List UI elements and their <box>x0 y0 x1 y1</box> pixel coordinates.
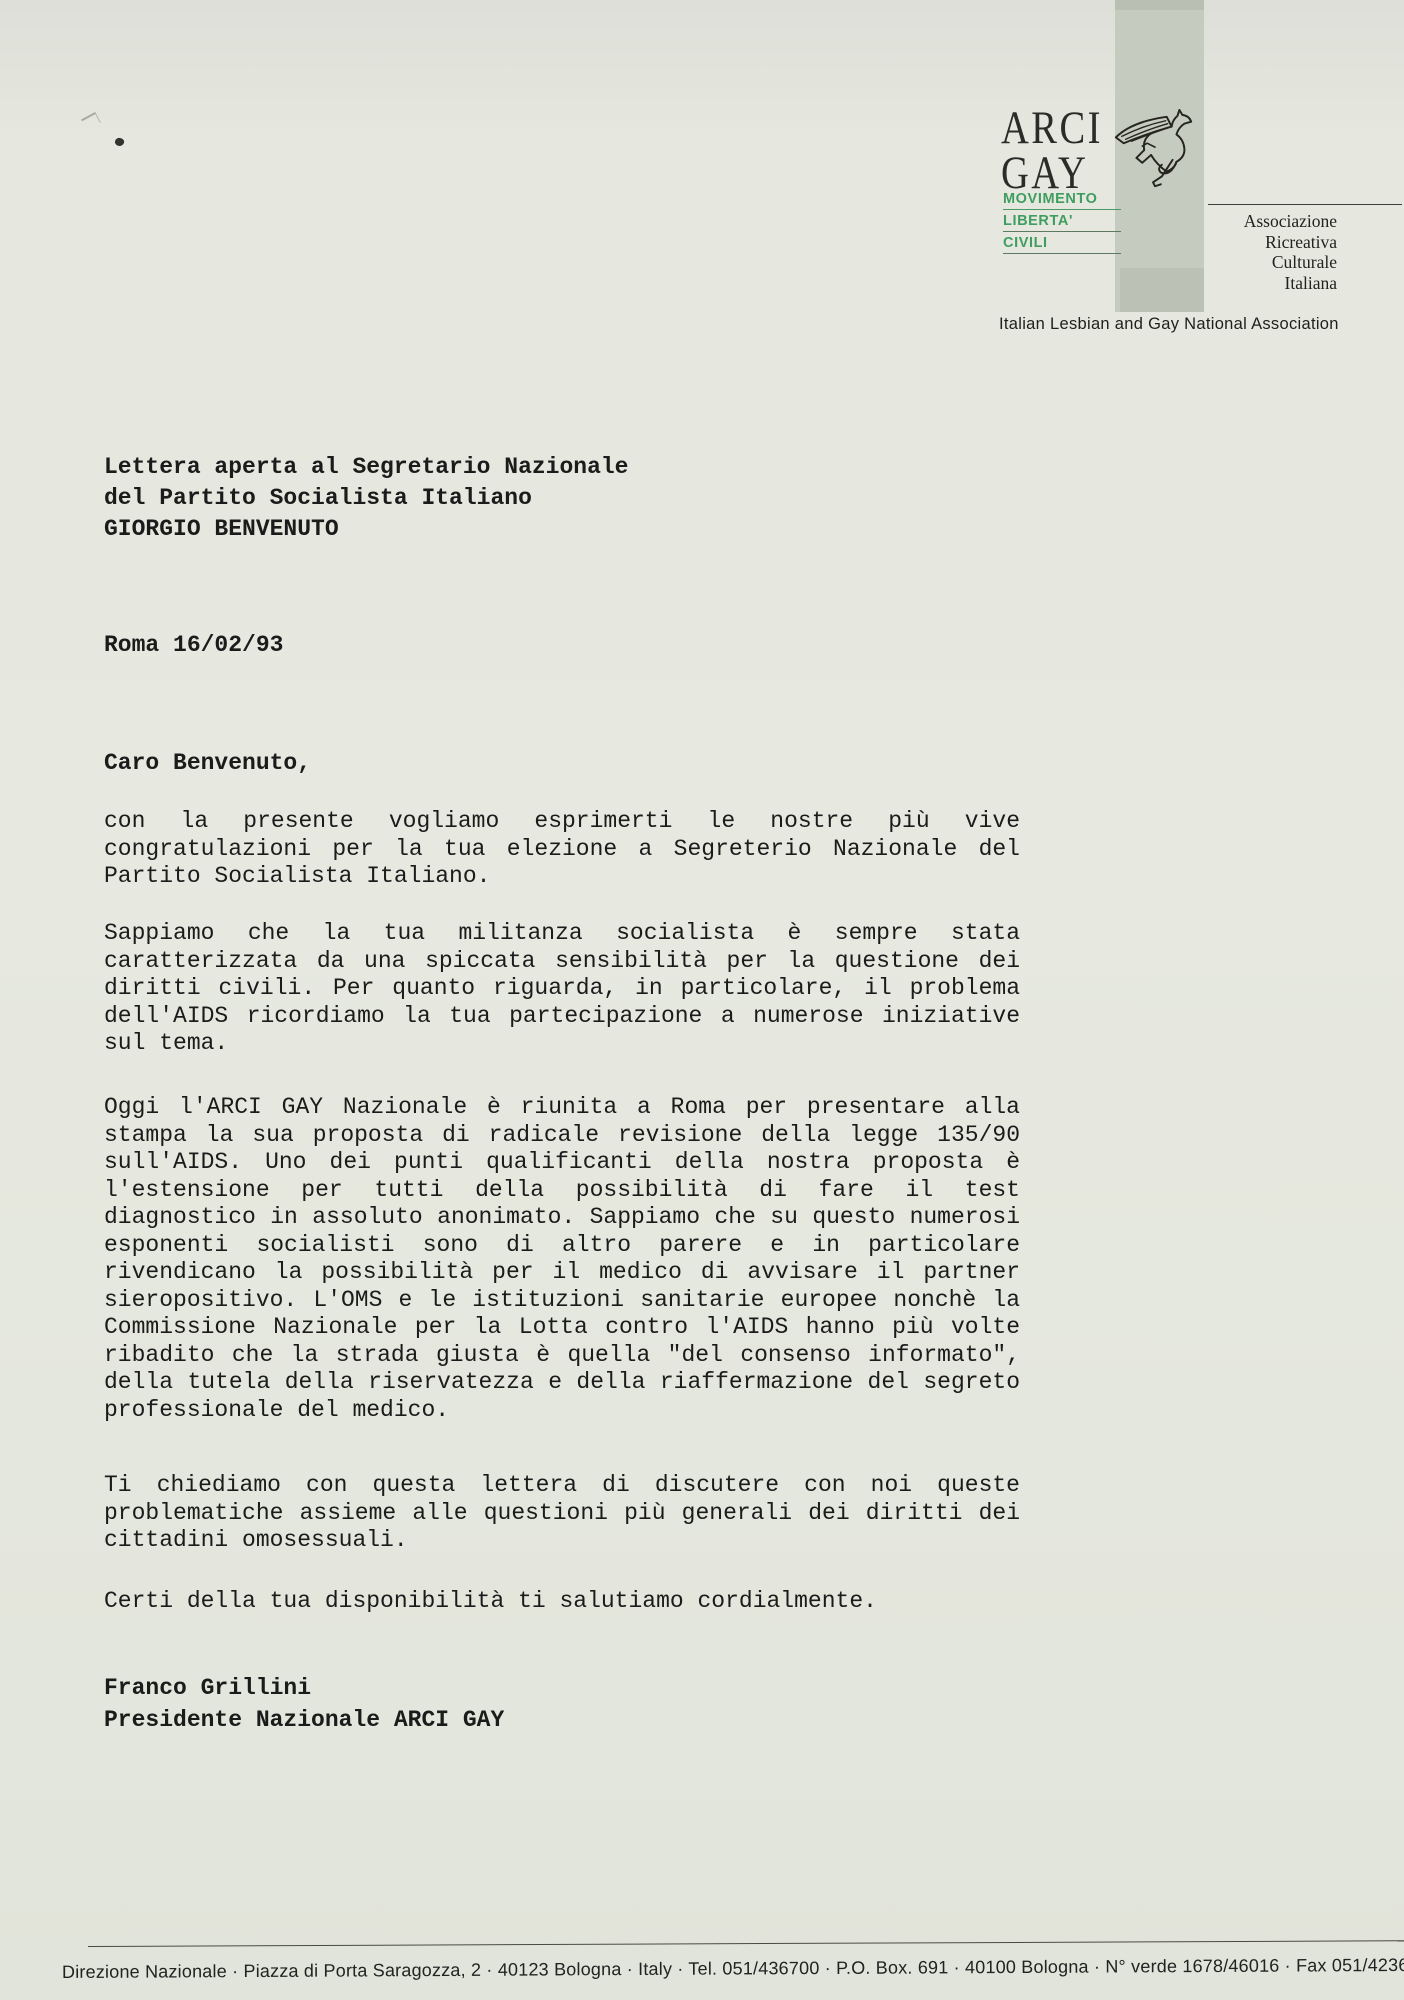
logo-menu-item: MOVIMENTO <box>1003 191 1121 210</box>
letter-line: Oggi l'ARCI GAY Nazionale è riunita a Ro… <box>104 1094 1020 1122</box>
scan-speck <box>114 137 125 148</box>
letter-heading: Lettera aperta al Segretario Nazionale d… <box>104 452 1020 545</box>
letter-closing: Certi della tua disponibilità ti salutia… <box>104 1588 1020 1616</box>
association-line: Ricreativa <box>1244 232 1337 253</box>
signature-title: Presidente Nazionale ARCI GAY <box>104 1704 1020 1736</box>
letter-line: GIORGIO BENVENUTO <box>104 514 1020 545</box>
letter-line: del Partito Socialista Italiano <box>104 483 1020 514</box>
pegasus-icon <box>1110 104 1198 202</box>
association-line: Culturale <box>1244 252 1337 273</box>
association-subtitle: Italian Lesbian and Gay National Associa… <box>999 315 1339 334</box>
letter-line: stampa la sua proposta di radicale revis… <box>104 1122 1020 1150</box>
letter-line: esponenti socialisti sono di altro parer… <box>104 1232 1020 1260</box>
letter-line: con la presente vogliamo esprimerti le n… <box>104 808 1020 836</box>
letter-line: sull'AIDS. Uno dei punti qualificanti de… <box>104 1149 1020 1177</box>
scanned-letter-page: ARCI GAY MOVIMENTO LIBERTA' CIVILI Assoc… <box>0 0 1404 2000</box>
letter-line: Sappiamo che la tua militanza socialista… <box>104 920 1020 948</box>
signature-name: Franco Grillini <box>104 1672 1020 1704</box>
footer-address: Direzione Nazionale · Piazza di Porta Sa… <box>62 1955 1402 1983</box>
letter-line: Commissione Nazionale per la Lotta contr… <box>104 1314 1020 1342</box>
letter-line: ribadito che la strada giusta è quella "… <box>104 1342 1020 1370</box>
letter-line: dell'AIDS ricordiamo la tua partecipazio… <box>104 1003 1020 1031</box>
association-line: Italiana <box>1244 273 1337 294</box>
letter-date: Roma 16/02/93 <box>104 632 1020 660</box>
letter-line: diritti civili. Per quanto riguarda, in … <box>104 975 1020 1003</box>
letter-paragraph-2: Sappiamo che la tua militanza socialista… <box>104 920 1020 1058</box>
association-divider <box>1208 204 1402 205</box>
letter-line: Caro Benvenuto, <box>104 750 1020 778</box>
letter-line: Ti chiediamo con questa lettera di discu… <box>104 1472 1020 1500</box>
letter-signature: Franco Grillini Presidente Nazionale ARC… <box>104 1672 1020 1736</box>
logo-menu: MOVIMENTO LIBERTA' CIVILI <box>1003 191 1121 257</box>
letter-paragraph-3: Oggi l'ARCI GAY Nazionale è riunita a Ro… <box>104 1094 1020 1424</box>
arcigay-logo-wordmark: ARCI GAY <box>1001 106 1103 196</box>
letter-line: Partito Socialista Italiano. <box>104 863 1020 891</box>
footer-divider <box>88 1940 1404 1947</box>
logo-menu-item: CIVILI <box>1003 235 1121 254</box>
letter-line: della tutela della riservatezza e della … <box>104 1369 1020 1397</box>
letter-line: diagnostico in assoluto anonimato. Sappi… <box>104 1204 1020 1232</box>
letter-line: professionale del medico. <box>104 1397 1020 1425</box>
letter-paragraph-1: con la presente vogliamo esprimerti le n… <box>104 808 1020 891</box>
letter-line: Certi della tua disponibilità ti salutia… <box>104 1588 1020 1616</box>
logo-line-arci: ARCI <box>1001 106 1103 151</box>
letter-line: cittadini omosessuali. <box>104 1527 1020 1555</box>
logo-menu-item: LIBERTA' <box>1003 213 1121 232</box>
association-name: Associazione Ricreativa Culturale Italia… <box>1244 211 1337 293</box>
letter-paragraph-4: Ti chiediamo con questa lettera di discu… <box>104 1472 1020 1555</box>
letter-line: Lettera aperta al Segretario Nazionale <box>104 452 1020 483</box>
logo-line-gay: GAY <box>1001 151 1103 196</box>
letter-line: congratulazioni per la tua elezione a Se… <box>104 836 1020 864</box>
letter-line: sieropositivo. L'OMS e le istituzioni sa… <box>104 1287 1020 1315</box>
association-line: Associazione <box>1244 211 1337 232</box>
letter-line: rivendicano la possibilità per il medico… <box>104 1259 1020 1287</box>
letter-line: l'estensione per tutti della possibilità… <box>104 1177 1020 1205</box>
letter-salutation: Caro Benvenuto, <box>104 750 1020 778</box>
letter-line: sul tema. <box>104 1030 1020 1058</box>
scan-scratch <box>81 112 101 130</box>
letter-line: problematiche assieme alle questioni più… <box>104 1500 1020 1528</box>
letter-line: Roma 16/02/93 <box>104 632 1020 660</box>
letter-line: caratterizzata da una spiccata sensibili… <box>104 948 1020 976</box>
